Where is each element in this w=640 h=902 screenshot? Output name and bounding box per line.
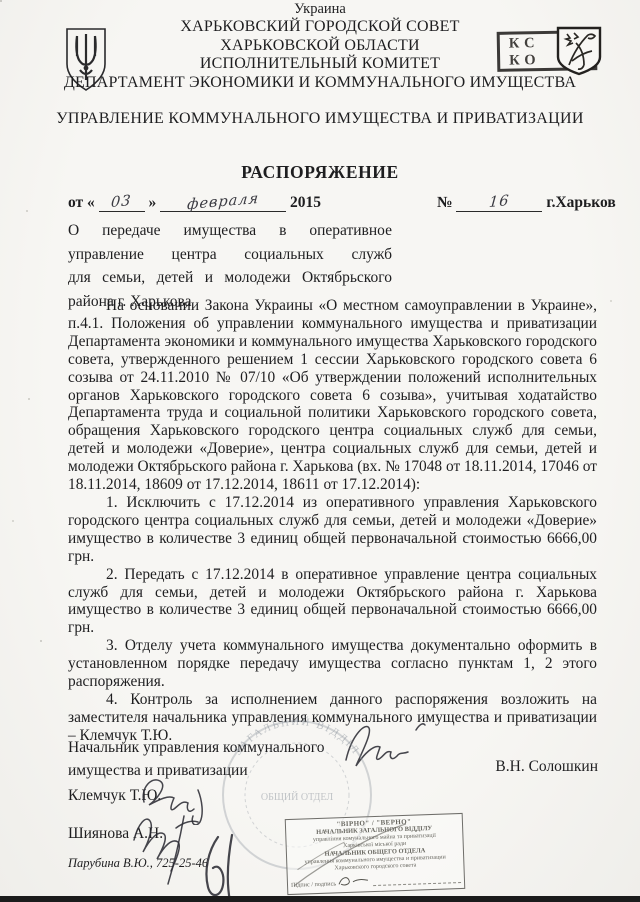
handwritten-day: 03 xyxy=(111,193,133,211)
signer-name: В.Н. Солошкин xyxy=(466,758,598,776)
header-country: Украина xyxy=(0,0,640,18)
head-signature xyxy=(336,716,436,776)
subject-line-3: для семьи, детей и молодежи Октябрьского xyxy=(68,266,392,290)
date-month-blank: февраля xyxy=(160,193,286,212)
certification-stamp: "ВІРНО" / "ВЕРНО" НАЧАЛЬНИК ЗАГАЛЬНОГО В… xyxy=(285,813,466,895)
scan-edge xyxy=(0,896,640,902)
cert-stamp-signature xyxy=(336,874,370,887)
date-line: от « 03 » февраля 2015 xyxy=(68,193,321,212)
date-day-blank: 03 xyxy=(99,193,145,212)
number-sign: № xyxy=(437,194,453,211)
cert-stamp-sign-label: Підпис / подпись xyxy=(291,880,336,889)
round-stamp-center-text: ОБЩИЙ ОТДЕЛ xyxy=(261,791,333,803)
scanned-document-page: Украина ХАРЬКОВСКИЙ ГОРОДСКОЙ СОВЕТ ХАРЬ… xyxy=(0,0,640,902)
header-office-line: УПРАВЛЕНИЕ КОММУНАЛЬНОГО ИМУЩЕСТВА И ПРИ… xyxy=(0,110,640,128)
handwritten-number: 16 xyxy=(489,193,511,211)
body-item-3: 3. Отделу учета коммунального имущества … xyxy=(68,637,597,691)
handwritten-month: февраля xyxy=(187,191,260,213)
city-label: г.Харьков xyxy=(546,194,615,211)
subject-line-1: О передаче имущества в оперативное xyxy=(68,219,392,243)
number-blank: 16 xyxy=(456,193,542,212)
body-item-1: 1. Исключить с 17.12.2014 из оперативног… xyxy=(68,494,597,566)
date-year: 2015 xyxy=(290,194,321,211)
executor-signature xyxy=(186,833,256,902)
cert-stamp-sign-line xyxy=(373,874,461,886)
document-body: На основании Закона Украины «О местном с… xyxy=(68,297,597,745)
body-paragraph-preamble: На основании Закона Украины «О местном с… xyxy=(68,297,597,494)
date-suffix: » xyxy=(149,194,157,211)
subject-line-2: управление центра социальных служб xyxy=(68,243,392,267)
number-line: № 16 г.Харьков xyxy=(437,193,616,212)
document-title: РАСПОРЯЖЕНИЕ xyxy=(0,162,640,183)
date-prefix: от « xyxy=(68,194,95,211)
body-item-2: 2. Передать с 17.12.2014 в оперативное у… xyxy=(68,566,597,638)
signer-position-line-1: Начальник управления коммунального xyxy=(68,737,325,760)
kharkiv-emblem-icon xyxy=(554,25,604,77)
header-org-line-4: ДЕПАРТАМЕНТ ЭКОНОМИКИ И КОММУНАЛЬНОГО ИМ… xyxy=(0,74,640,93)
